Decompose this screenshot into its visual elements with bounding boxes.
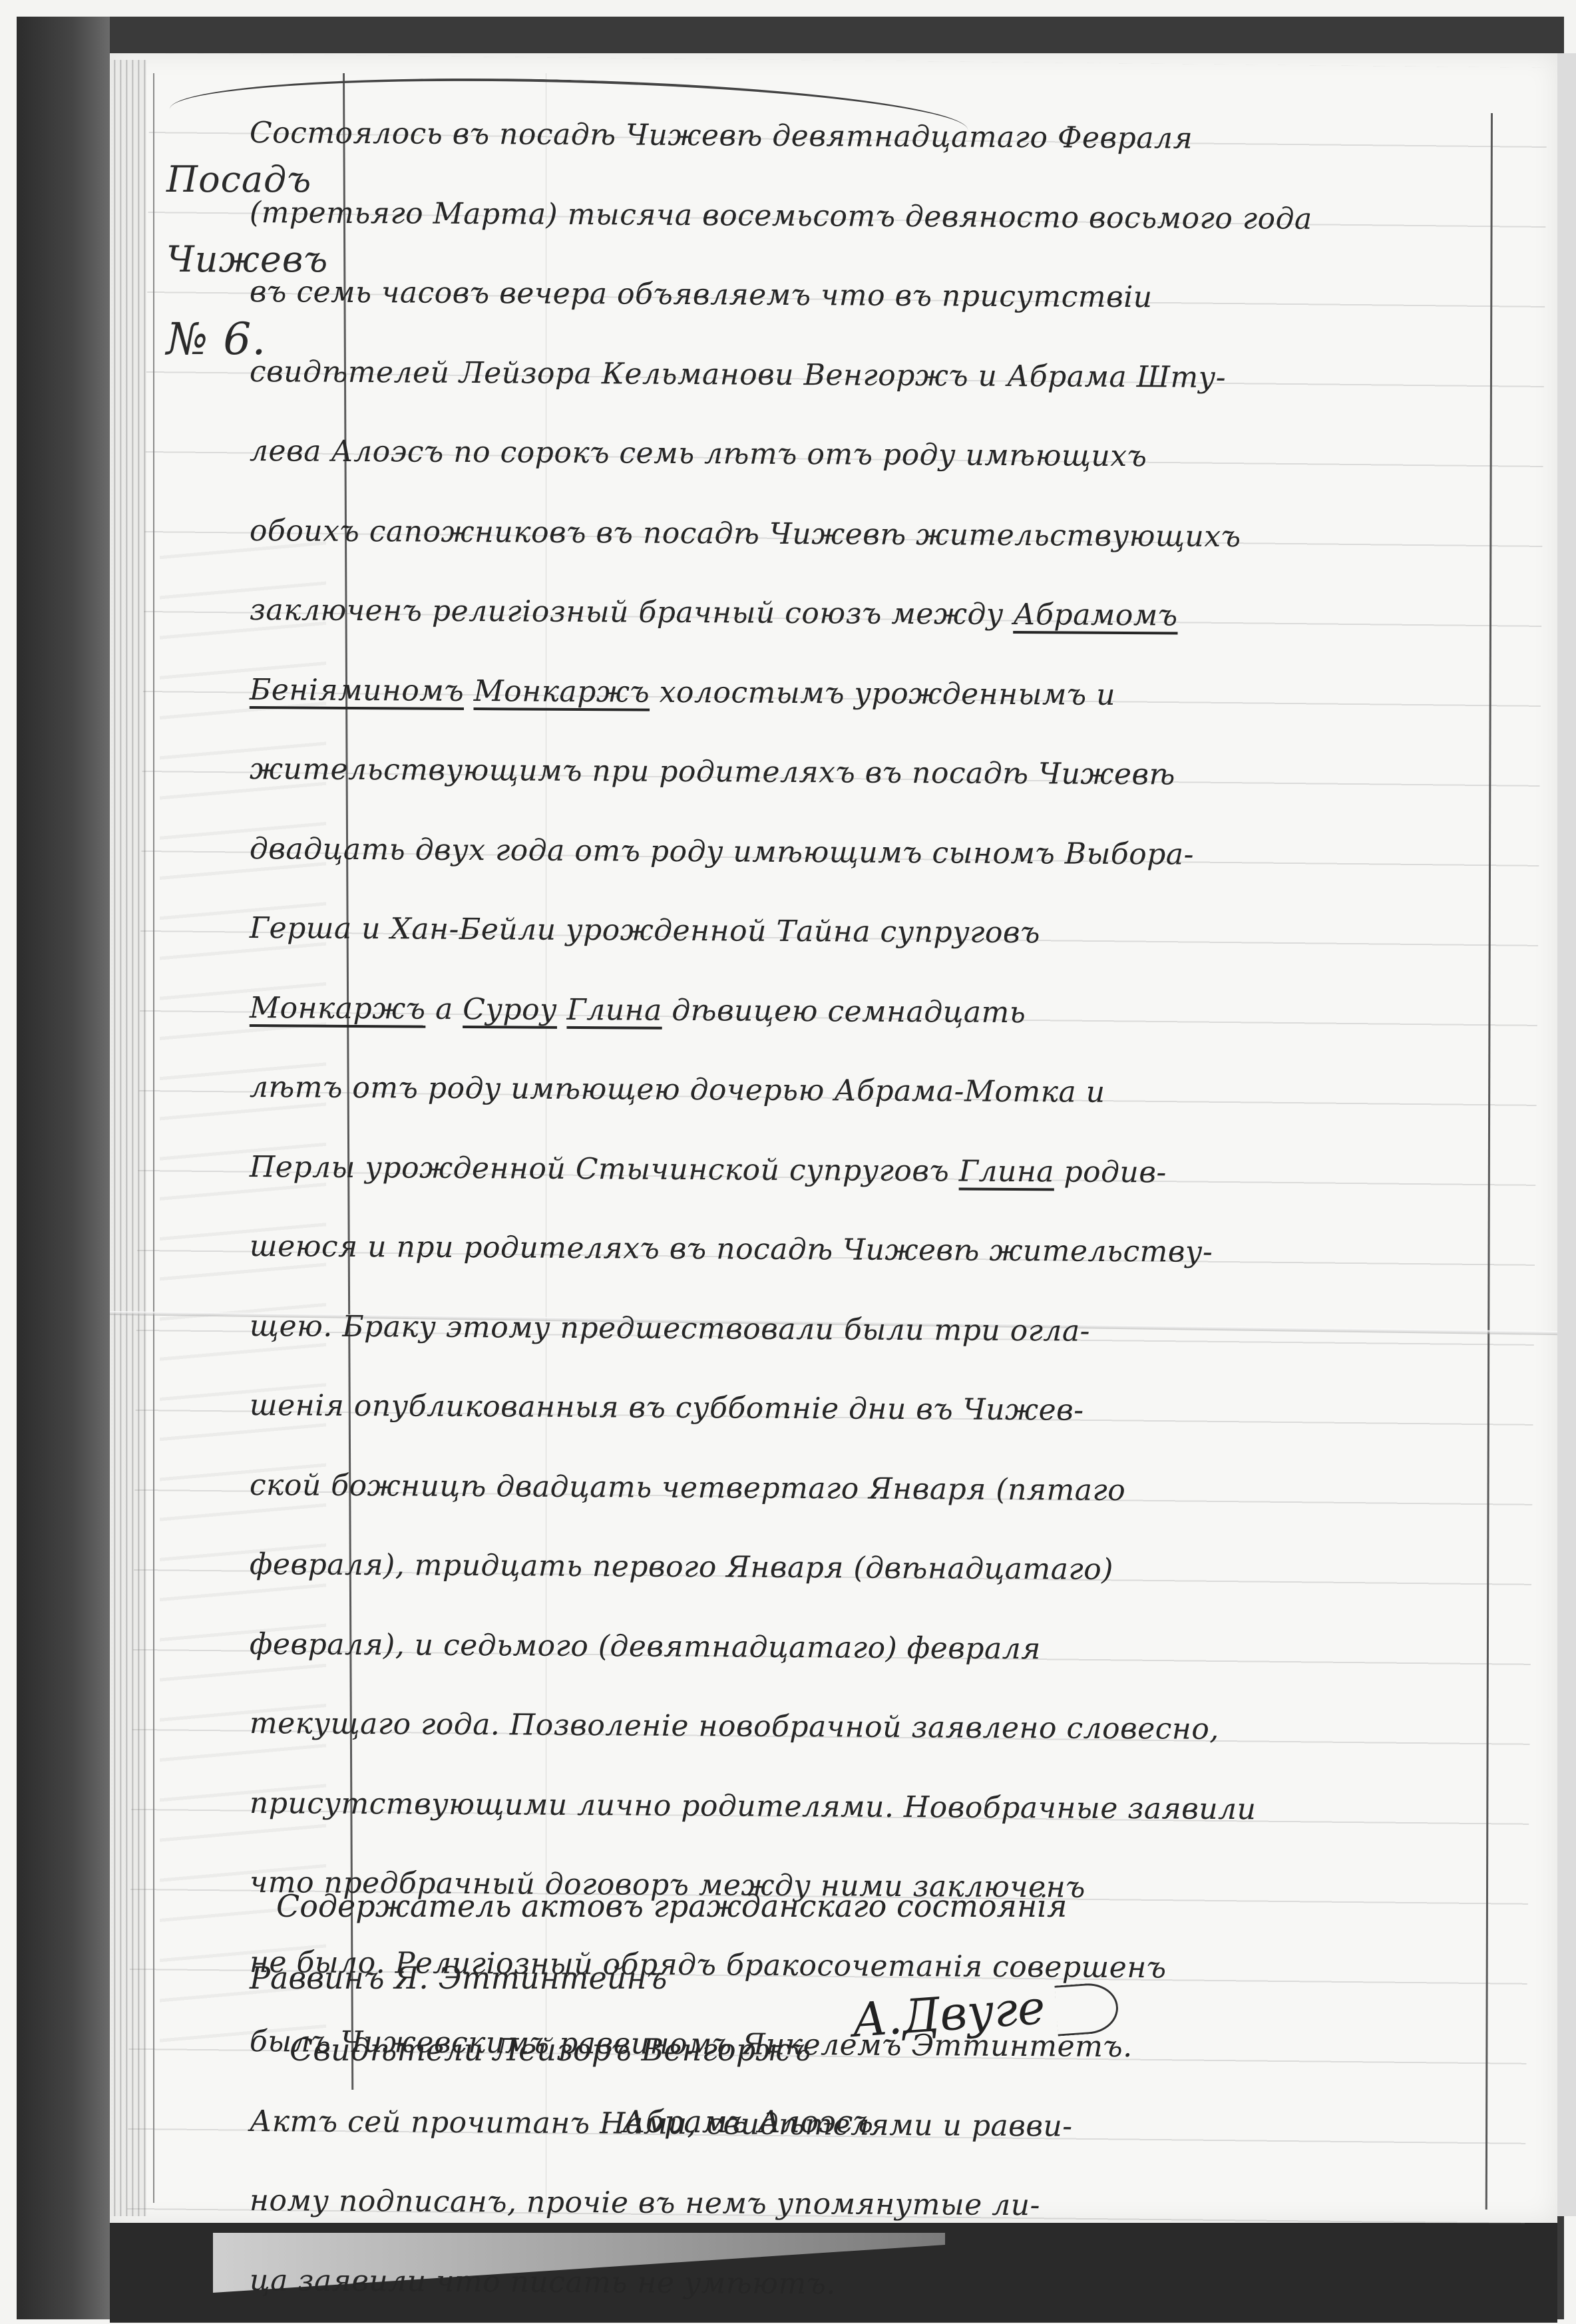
body-line: лѣтъ отъ роду имѣющею дочерью Абрама-Мот… <box>250 1048 1375 1134</box>
witness-signature-1: Свидѣтели Лейзоръ Венгоржъ <box>250 2014 1374 2086</box>
body-line: Беніяминомъ Монкаржъ холостымъ урожденны… <box>250 650 1375 737</box>
body-line: текущаго года. Позволеніе новобрачной за… <box>250 1684 1375 1770</box>
body-line: заключенъ религіозный брачный союзъ межд… <box>250 570 1375 657</box>
body-line: щею. Браку этому предшествовали были три… <box>250 1286 1375 1373</box>
rabbi-signature: Раввинъ Я. Эттинтейнъ <box>250 1942 1374 2014</box>
body-line: февраля), тридцать первого Января (двѣна… <box>250 1525 1375 1611</box>
body-line: шеюся и при родителяхъ въ посадѣ Чижевѣ … <box>250 1207 1375 1293</box>
body-line: (третьяго Марта) тысяча восемьсотъ девян… <box>250 173 1375 260</box>
body-line: свидѣтелей Лейзора Кельманови Венгоржъ и… <box>250 332 1375 419</box>
body-line: Герша и Хан-Бейли урожденной Тайна супру… <box>250 888 1375 975</box>
body-line: февраля), и седьмого (девятнадцатаго) фе… <box>250 1605 1375 1691</box>
registrar-title: Содержатель актовъ гражданскаго состояні… <box>250 1870 1374 1942</box>
body-line: ца заявили что писать не умѣютъ. <box>250 2241 1375 2324</box>
body-line: Состоялось въ посадѣ Чижевѣ девятнадцата… <box>250 93 1375 180</box>
body-line: ному подписанъ, прочіе въ немъ упомянуты… <box>250 2161 1375 2247</box>
body-line: лева Алоэсъ по сорокъ семь лѣтъ отъ роду… <box>250 411 1375 498</box>
left-margin-rule <box>153 73 154 2203</box>
witness-signature-2: Абрамъ Алоэсъ <box>250 2086 1374 2158</box>
body-line: жительствующимъ при родителяхъ въ посадѣ… <box>250 729 1375 816</box>
adjacent-page-edge <box>1556 53 1576 2216</box>
signature-block: Содержатель актовъ гражданскаго состояні… <box>250 1870 1374 2158</box>
body-line: Монкаржъ а Суроу Глина дѣвицею семнадцат… <box>250 968 1375 1055</box>
body-line: присутствующими лично родителями. Новобр… <box>250 1764 1375 1850</box>
body-line: двадцать двух года отъ роду имѣющимъ сын… <box>250 809 1375 896</box>
body-line: шенія опубликованныя въ субботніе дни въ… <box>250 1366 1375 1452</box>
body-line: въ семь часовъ вечера объявляемъ что въ … <box>250 252 1375 339</box>
body-line: Перлы урожденной Стычинской супруговъ Гл… <box>250 1127 1375 1214</box>
body-line: ской божницѣ двадцать четвертаго Января … <box>250 1446 1375 1532</box>
body-line: обоихъ сапожниковъ въ посадѣ Чижевѣ жите… <box>250 491 1375 578</box>
